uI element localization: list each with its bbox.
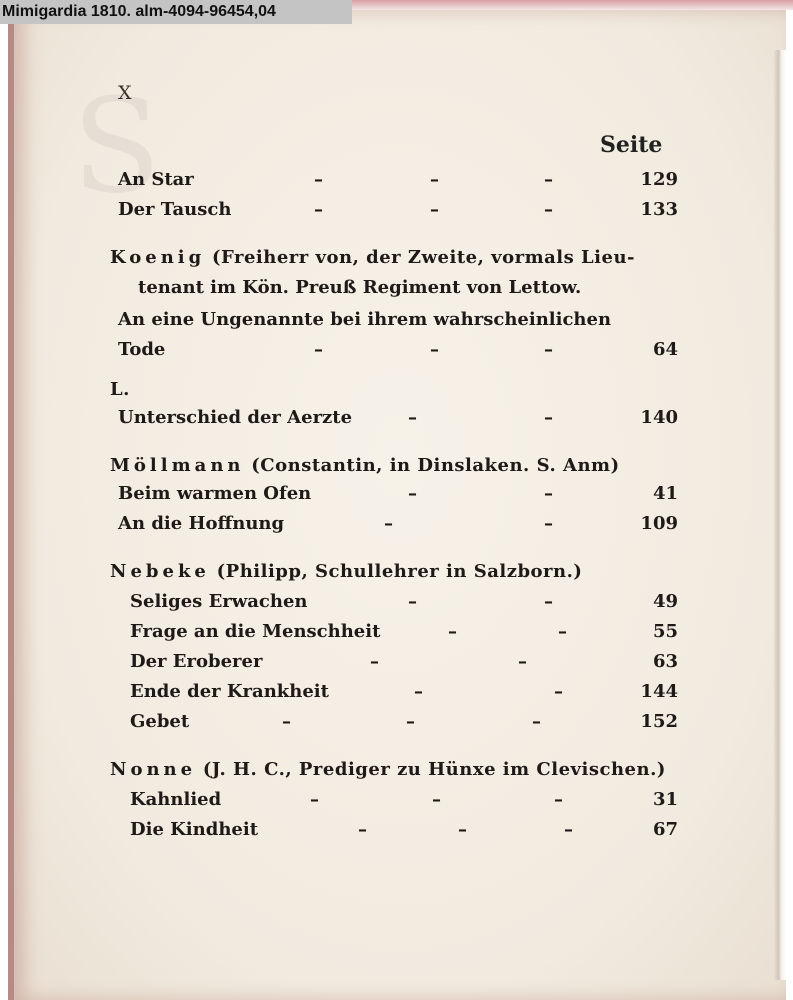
entry-page: 133 — [640, 196, 678, 224]
leader-dash: – — [544, 336, 553, 364]
author-name: L. — [110, 379, 130, 400]
author-info: (Freiherr von, der Zweite, vormals Lieu- — [212, 247, 635, 268]
entry-title: Frage an die Menschheit — [130, 618, 380, 646]
toc-entry: Der Tausch – – – 133 — [118, 196, 678, 224]
image-caption: Mimigardia 1810. alm-4094-96454,04 — [0, 0, 352, 24]
leader-dash: – — [358, 816, 367, 844]
leader-dash: – — [408, 588, 417, 616]
entry-title: Unterschied der Aerzte — [118, 404, 352, 432]
author-name: Nebeke — [110, 561, 210, 582]
leader-dash: – — [554, 786, 563, 814]
leader-dash: – — [310, 786, 319, 814]
author-heading: Nonne (J. H. C., Prediger zu Hünxe im Cl… — [110, 756, 670, 784]
entry-title: Kahnlied — [130, 786, 221, 814]
entry-page: 144 — [640, 678, 678, 706]
leader-dash: – — [458, 816, 467, 844]
entry-page: 41 — [653, 480, 678, 508]
author-info: (J. H. C., Prediger zu Hünxe im Clevisch… — [203, 759, 666, 780]
toc-entry: Kahnlied – – – 31 — [118, 786, 678, 814]
leader-dash: – — [432, 786, 441, 814]
author-info-continued: tenant im Kön. Preuß Regiment von Lettow… — [138, 274, 698, 302]
author-info: (Philipp, Schullehrer in Salzborn.) — [217, 561, 583, 582]
leader-dash: – — [532, 708, 541, 736]
toc-entry: Beim warmen Ofen – – 41 — [118, 480, 678, 508]
entry-page: 140 — [640, 404, 678, 432]
entry-page: 64 — [653, 336, 678, 364]
leader-dash: – — [448, 618, 457, 646]
leader-dash: – — [544, 196, 553, 224]
entry-page: 152 — [640, 708, 678, 736]
entry-page: 63 — [653, 648, 678, 676]
toc-entry: An Star – – – 129 — [118, 166, 678, 194]
top-edge — [350, 0, 793, 10]
leader-dash: – — [430, 336, 439, 364]
leader-dash: – — [406, 708, 415, 736]
leader-dash: – — [430, 196, 439, 224]
author-info: tenant im Kön. Preuß Regiment von Lettow… — [138, 277, 581, 298]
author-heading: L. — [110, 376, 670, 404]
entry-page: 67 — [653, 816, 678, 844]
entry-page: 31 — [653, 786, 678, 814]
entry-title: Der Tausch — [118, 196, 231, 224]
toc-entry: Die Kindheit – – – 67 — [118, 816, 678, 844]
leader-dash: – — [282, 708, 291, 736]
author-info: (Constantin, in Dinslaken. S. Anm) — [251, 455, 619, 476]
entry-title: Tode — [118, 336, 165, 364]
entry-title: Gebet — [130, 708, 189, 736]
leader-dash: – — [314, 336, 323, 364]
leader-dash: – — [370, 648, 379, 676]
toc-entry: Seliges Erwachen – – 49 — [118, 588, 678, 616]
leader-dash: – — [430, 166, 439, 194]
author-name: Koenig — [110, 247, 205, 268]
entry-title: Beim warmen Ofen — [118, 480, 311, 508]
author-heading: Möllmann (Constantin, in Dinslaken. S. A… — [110, 452, 670, 480]
toc-entry: Frage an die Menschheit – – 55 — [118, 618, 678, 646]
author-name: Möllmann — [110, 455, 245, 476]
leader-dash: – — [544, 510, 553, 538]
leader-dash: – — [554, 678, 563, 706]
page-number: X — [118, 82, 132, 104]
toc-entry: Ende der Krankheit – – 144 — [118, 678, 678, 706]
author-name: Nonne — [110, 759, 196, 780]
entry-page: 109 — [640, 510, 678, 538]
toc-entry: Tode – – – 64 — [118, 336, 678, 364]
leader-dash: – — [564, 816, 573, 844]
leader-dash: – — [314, 196, 323, 224]
leader-dash: – — [544, 480, 553, 508]
entry-title: An eine Ungenannte bei ihrem wahrscheinl… — [118, 306, 611, 334]
entry-page: 49 — [653, 588, 678, 616]
author-heading: Nebeke (Philipp, Schullehrer in Salzborn… — [110, 558, 670, 586]
leader-dash: – — [408, 404, 417, 432]
toc-entry: An die Hoffnung – – 109 — [118, 510, 678, 538]
leader-dash: – — [314, 166, 323, 194]
entry-page: 129 — [640, 166, 678, 194]
toc-entry: Unterschied der Aerzte – – 140 — [118, 404, 678, 432]
entry-title: An die Hoffnung — [118, 510, 284, 538]
leader-dash: – — [414, 678, 423, 706]
leader-dash: – — [544, 404, 553, 432]
entry-title: Der Eroberer — [130, 648, 262, 676]
leader-dash: – — [544, 166, 553, 194]
leader-dash: – — [558, 618, 567, 646]
leader-dash: – — [384, 510, 393, 538]
leader-dash: – — [544, 588, 553, 616]
page-column-header: Seite — [600, 132, 662, 158]
toc-entry-line: An eine Ungenannte bei ihrem wahrscheinl… — [118, 306, 678, 334]
page-edge — [774, 50, 786, 980]
entry-page: 55 — [653, 618, 678, 646]
entry-title: Die Kindheit — [130, 816, 258, 844]
entry-title: An Star — [118, 166, 194, 194]
leader-dash: – — [518, 648, 527, 676]
author-heading: Koenig (Freiherr von, der Zweite, vormal… — [110, 244, 670, 272]
toc-entry: Der Eroberer – – 63 — [118, 648, 678, 676]
toc-entry: Gebet – – – 152 — [118, 708, 678, 736]
entry-title: Seliges Erwachen — [130, 588, 308, 616]
entry-title: Ende der Krankheit — [130, 678, 329, 706]
leader-dash: – — [408, 480, 417, 508]
